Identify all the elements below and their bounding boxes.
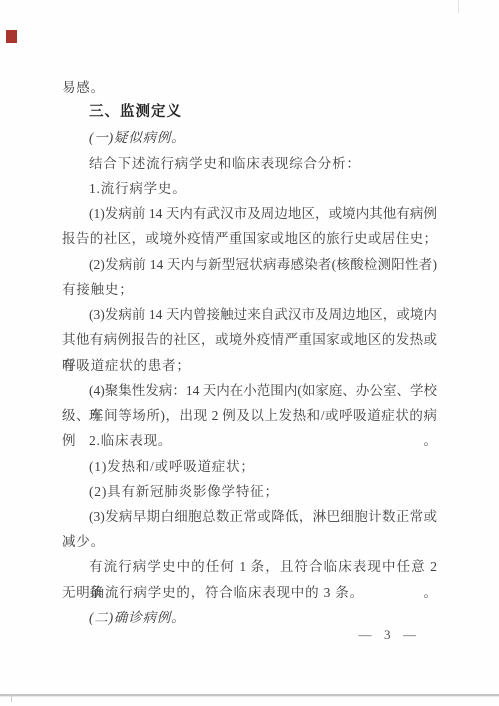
document-line: (1)发热和/或呼吸道症状； <box>62 454 437 479</box>
document-line: (3)发病早期白细胞总数正常或降低，淋巴细胞计数正常或 <box>62 504 437 529</box>
document-line: 结合下述流行病学史和临床表现综合分析： <box>62 151 437 176</box>
document-text: 易感。三、监测定义(一)疑似病例。结合下述流行病学史和临床表现综合分析：1.流行… <box>62 75 437 630</box>
document-line: (2)发病前 14 天内与新型冠状病毒感染者(核酸检测阳性者) <box>62 252 437 277</box>
document-line: (2)具有新冠肺炎影像学特征； <box>62 479 437 504</box>
document-line: (3)发病前 14 天内曾接触过来自武汉市及周边地区，或境内 <box>62 302 437 327</box>
document-line: 1.流行病学史。 <box>62 176 437 201</box>
document-line: (1)发病前 14 天内有武汉市及周边地区，或境内其他有病例 <box>62 201 437 226</box>
scan-artifact-tick <box>11 695 12 702</box>
document-line: 有流行病学史中的任何 1 条，且符合临床表现中任意 2 条。 <box>62 554 437 579</box>
document-line: 呼吸道症状的患者； <box>62 353 437 378</box>
document-page: 易感。三、监测定义(一)疑似病例。结合下述流行病学史和临床表现综合分析：1.流行… <box>0 0 499 706</box>
page-number: — 3 — <box>359 627 419 643</box>
document-line: 三、监测定义 <box>62 100 437 125</box>
document-line: 其他有病例报告的社区，或境外疫情严重国家或地区的发热或有 <box>62 327 437 352</box>
document-line: 易感。 <box>62 75 437 100</box>
document-line: 报告的社区，或境外疫情严重国家或地区的旅行史或居住史； <box>62 226 437 251</box>
document-line: (4)聚集性发病：14 天内在小范围内(如家庭、办公室、学校班 <box>62 378 437 403</box>
scan-artifact-top-line <box>458 0 459 13</box>
document-line: (一)疑似病例。 <box>62 125 437 150</box>
document-line: 级、车间等场所)，出现 2 例及以上发热和/或呼吸道症状的病例。 <box>62 403 437 428</box>
red-stamp-mark <box>6 30 17 43</box>
scan-artifact-bottom-shadow <box>0 696 499 697</box>
document-line: 减少。 <box>62 529 437 554</box>
document-line: 有接触史； <box>62 277 437 302</box>
